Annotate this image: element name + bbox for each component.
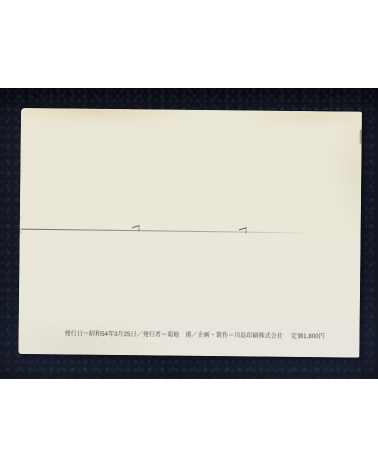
price-text: 定価1,800円 [291, 330, 325, 339]
colophon-line: 発行日＝昭和54年3月25日／発行者＝菊地 漢／企画・製作＝川島印刷株式会社 定… [19, 326, 360, 342]
book-back-cover: 発行日＝昭和54年3月25日／発行者＝菊地 漢／企画・製作＝川島印刷株式会社 定… [18, 108, 362, 358]
product-photo: 発行日＝昭和54年3月25日／発行者＝菊地 漢／企画・製作＝川島印刷株式会社 定… [0, 88, 378, 379]
cover-edge-step [360, 130, 363, 144]
colophon-text: 発行日＝昭和54年3月25日／発行者＝菊地 漢／企画・製作＝川島印刷株式会社 [65, 328, 284, 339]
flap-corner [18, 216, 28, 234]
tear-mark [239, 227, 247, 236]
tear-mark [132, 225, 140, 234]
fold-crease [21, 229, 315, 234]
